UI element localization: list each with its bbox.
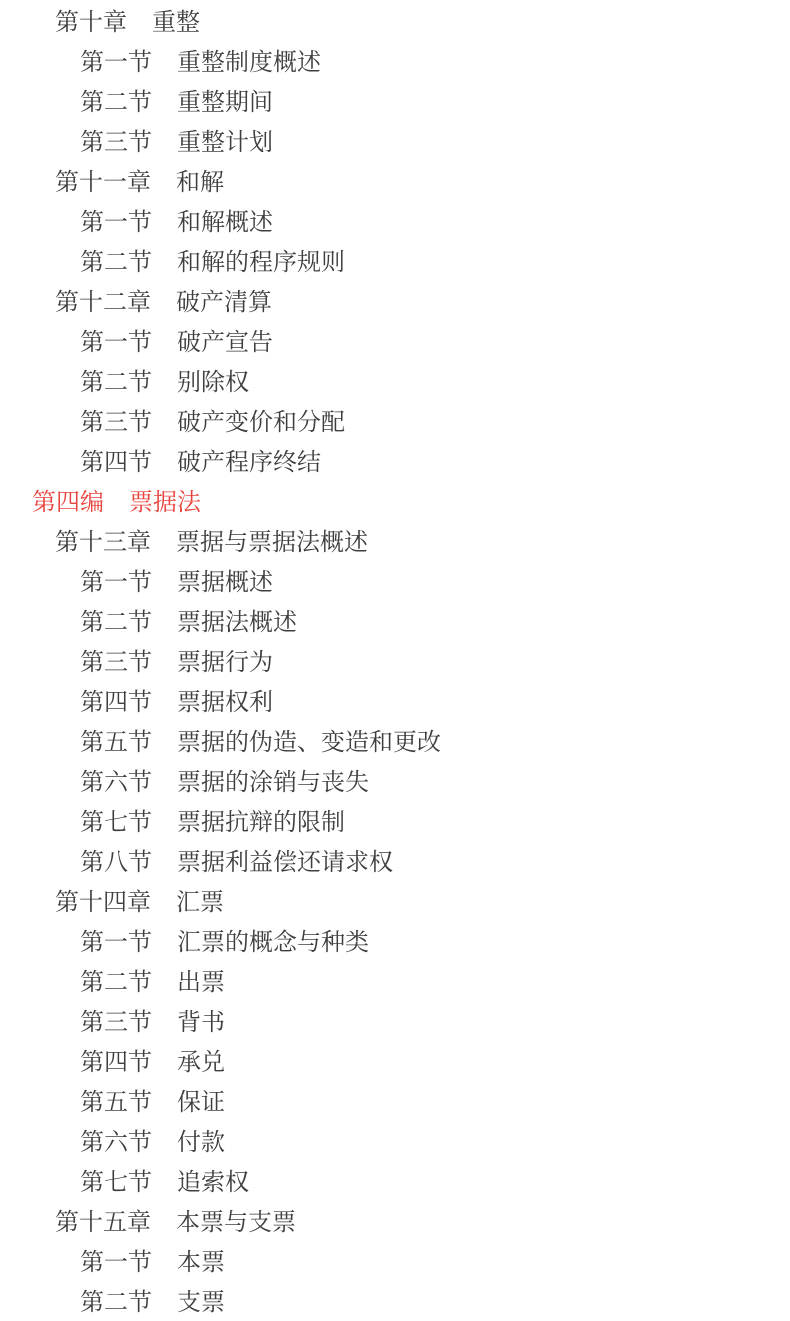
toc-entry-section[interactable]: 第六节票据的涂销与丧失 (0, 762, 790, 802)
toc-entry-chapter[interactable]: 第十五章本票与支票 (0, 1202, 790, 1242)
toc-entry-number: 第七节 (80, 1168, 152, 1196)
toc-entry-title: 汇票 (176, 888, 224, 916)
toc-entry-title: 和解概述 (177, 208, 273, 236)
toc-entry-title: 和解的程序规则 (177, 248, 345, 276)
toc-entry-title: 汇票的概念与种类 (177, 928, 369, 956)
toc-entry-title: 别除权 (177, 368, 249, 396)
toc-entry-title: 重整 (152, 8, 200, 36)
toc-entry-number: 第十章 (55, 8, 127, 36)
toc-entry-title: 票据概述 (177, 568, 273, 596)
toc-entry-section[interactable]: 第七节追索权 (0, 1162, 790, 1202)
toc-entry-title: 支票 (177, 1288, 225, 1316)
toc-entry-title: 票据法概述 (177, 608, 297, 636)
toc-entry-title: 背书 (177, 1008, 225, 1036)
toc-page: 第十章重整 第一节重整制度概述 第二节重整期间 第三节重整计划 第十一章和解 第… (0, 0, 790, 1321)
toc-entry-number: 第二节 (80, 968, 152, 996)
toc-entry-title: 破产程序终结 (177, 448, 321, 476)
toc-entry-title: 票据与票据法概述 (176, 528, 368, 556)
toc-entry-title: 票据法 (129, 488, 201, 516)
toc-entry-section[interactable]: 第三节破产变价和分配 (0, 402, 790, 442)
toc-entry-section[interactable]: 第二节和解的程序规则 (0, 242, 790, 282)
toc-entry-section[interactable]: 第二节出票 (0, 962, 790, 1002)
toc-entry-number: 第三节 (80, 648, 152, 676)
toc-entry-section[interactable]: 第一节和解概述 (0, 202, 790, 242)
toc-entry-title: 重整制度概述 (177, 48, 321, 76)
toc-entry-title: 破产宣告 (177, 328, 273, 356)
toc-entry-section[interactable]: 第四节承兑 (0, 1042, 790, 1082)
toc-entry-title: 票据的伪造、变造和更改 (177, 728, 441, 756)
toc-entry-number: 第三节 (80, 408, 152, 436)
toc-entry-title: 破产清算 (176, 288, 272, 316)
toc-entry-section[interactable]: 第三节背书 (0, 1002, 790, 1042)
toc-entry-title: 和解 (176, 168, 224, 196)
toc-entry-number: 第十四章 (55, 888, 151, 916)
toc-entry-section[interactable]: 第五节保证 (0, 1082, 790, 1122)
toc-entry-title: 付款 (177, 1128, 225, 1156)
toc-entry-number: 第二节 (80, 368, 152, 396)
toc-entry-title: 重整期间 (177, 88, 273, 116)
toc-entry-section[interactable]: 第六节付款 (0, 1122, 790, 1162)
toc-entry-section[interactable]: 第一节破产宣告 (0, 322, 790, 362)
toc-entry-section[interactable]: 第二节别除权 (0, 362, 790, 402)
toc-entry-number: 第四编 (32, 488, 104, 516)
toc-entry-title: 保证 (177, 1088, 225, 1116)
toc-entry-number: 第十三章 (55, 528, 151, 556)
toc-entry-number: 第一节 (80, 328, 152, 356)
toc-entry-section[interactable]: 第二节票据法概述 (0, 602, 790, 642)
toc-entry-number: 第二节 (80, 88, 152, 116)
toc-entry-chapter[interactable]: 第十一章和解 (0, 162, 790, 202)
toc-entry-number: 第十五章 (55, 1208, 151, 1236)
toc-entry-title: 票据抗辩的限制 (177, 808, 345, 836)
toc-entry-section[interactable]: 第二节重整期间 (0, 82, 790, 122)
toc-entry-chapter[interactable]: 第十四章汇票 (0, 882, 790, 922)
toc-entry-title: 破产变价和分配 (177, 408, 345, 436)
toc-entry-number: 第五节 (80, 1088, 152, 1116)
toc-entry-number: 第二节 (80, 248, 152, 276)
toc-entry-section[interactable]: 第八节票据利益偿还请求权 (0, 842, 790, 882)
toc-entry-title: 票据行为 (177, 648, 273, 676)
toc-entry-number: 第二节 (80, 608, 152, 636)
toc-entry-title: 出票 (177, 968, 225, 996)
toc-entry-number: 第四节 (80, 688, 152, 716)
toc-entry-chapter[interactable]: 第十章重整 (0, 2, 790, 42)
toc-entry-number: 第四节 (80, 1048, 152, 1076)
toc-entry-title: 票据的涂销与丧失 (177, 768, 369, 796)
toc-entry-section[interactable]: 第一节本票 (0, 1242, 790, 1282)
toc-entry-title: 追索权 (177, 1168, 249, 1196)
toc-entry-section[interactable]: 第一节票据概述 (0, 562, 790, 602)
toc-entry-section[interactable]: 第三节重整计划 (0, 122, 790, 162)
toc-entry-title: 重整计划 (177, 128, 273, 156)
toc-entry-chapter[interactable]: 第十三章票据与票据法概述 (0, 522, 790, 562)
toc-entry-number: 第一节 (80, 928, 152, 956)
table-of-contents: 第十章重整 第一节重整制度概述 第二节重整期间 第三节重整计划 第十一章和解 第… (0, 0, 790, 1321)
toc-entry-number: 第一节 (80, 208, 152, 236)
toc-entry-section[interactable]: 第四节破产程序终结 (0, 442, 790, 482)
toc-entry-title: 票据权利 (177, 688, 273, 716)
toc-entry-number: 第三节 (80, 1008, 152, 1036)
toc-entry-number: 第五节 (80, 728, 152, 756)
toc-entry-section[interactable]: 第一节重整制度概述 (0, 42, 790, 82)
toc-entry-number: 第一节 (80, 568, 152, 596)
toc-entry-title: 承兑 (177, 1048, 225, 1076)
toc-entry-section[interactable]: 第四节票据权利 (0, 682, 790, 722)
toc-entry-number: 第六节 (80, 1128, 152, 1156)
toc-entry-section[interactable]: 第五节票据的伪造、变造和更改 (0, 722, 790, 762)
toc-entry-section[interactable]: 第一节汇票的概念与种类 (0, 922, 790, 962)
toc-entry-section[interactable]: 第三节票据行为 (0, 642, 790, 682)
toc-entry-title: 本票 (177, 1248, 225, 1276)
toc-entry-number: 第十二章 (55, 288, 151, 316)
toc-entry-number: 第四节 (80, 448, 152, 476)
toc-entry-part[interactable]: 第四编票据法 (0, 482, 790, 522)
toc-entry-number: 第一节 (80, 48, 152, 76)
toc-entry-number: 第一节 (80, 1248, 152, 1276)
toc-entry-chapter[interactable]: 第十二章破产清算 (0, 282, 790, 322)
toc-entry-number: 第六节 (80, 768, 152, 796)
toc-entry-number: 第七节 (80, 808, 152, 836)
toc-entry-number: 第十一章 (55, 168, 151, 196)
toc-entry-section[interactable]: 第二节支票 (0, 1282, 790, 1321)
toc-entry-section[interactable]: 第七节票据抗辩的限制 (0, 802, 790, 842)
toc-entry-title: 票据利益偿还请求权 (177, 848, 393, 876)
toc-entry-title: 本票与支票 (176, 1208, 296, 1236)
toc-entry-number: 第八节 (80, 848, 152, 876)
toc-entry-number: 第三节 (80, 128, 152, 156)
toc-entry-number: 第二节 (80, 1288, 152, 1316)
